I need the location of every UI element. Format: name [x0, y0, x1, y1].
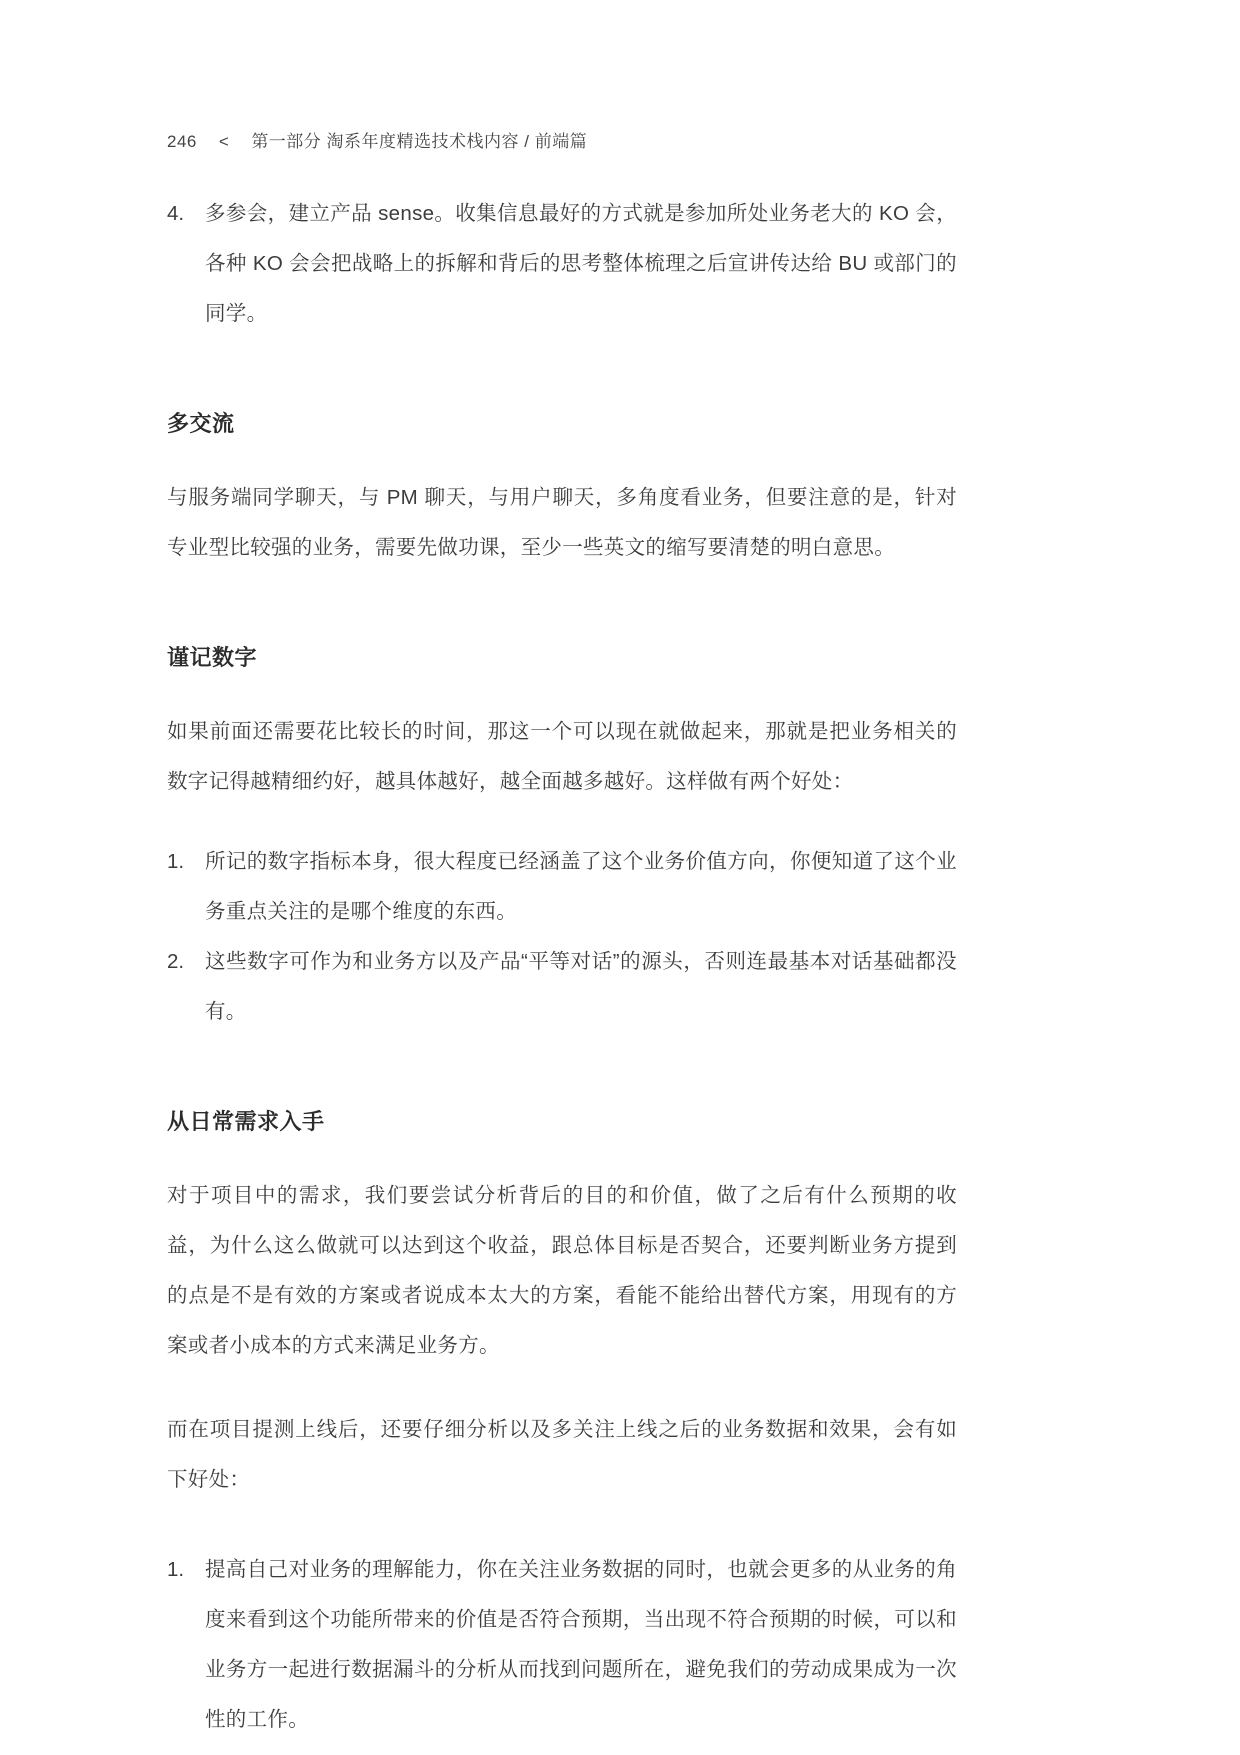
breadcrumb-separator: < [219, 132, 229, 151]
list-item: 4.多参会，建立产品 sense。收集信息最好的方式就是参加所处业务老大的 KO… [167, 189, 957, 339]
list-item-text: 多参会，建立产品 sense。收集信息最好的方式就是参加所处业务老大的 KO 会… [205, 202, 957, 325]
numbered-list: 1.提高自己对业务的理解能力，你在关注业务数据的同时，也就会更多的从业务的角度来… [167, 1545, 957, 1745]
list-item-number: 1. [167, 837, 197, 887]
paragraph-communicate: 与服务端同学聊天，与 PM 聊天，与用户聊天，多角度看业务，但要注意的是，针对专… [167, 473, 957, 573]
breadcrumb: 第一部分 淘系年度精选技术栈内容 / 前端篇 [251, 132, 587, 151]
list-item: 1.所记的数字指标本身，很大程度已经涵盖了这个业务价值方向，你便知道了这个业务重… [167, 837, 957, 937]
paragraph-numbers: 如果前面还需要花比较长的时间，那这一个可以现在就做起来，那就是把业务相关的数字记… [167, 707, 957, 807]
list-item-text: 所记的数字指标本身，很大程度已经涵盖了这个业务价值方向，你便知道了这个业务重点关… [205, 850, 957, 923]
section-heading-communicate: 多交流 [167, 409, 957, 439]
paragraph-daily-2: 而在项目提测上线后，还要仔细分析以及多关注上线之后的业务数据和效果，会有如下好处… [167, 1405, 957, 1505]
list-item-number: 2. [167, 937, 197, 987]
document-page: 246<第一部分 淘系年度精选技术栈内容 / 前端篇 4.多参会，建立产品 se… [0, 0, 1240, 1755]
list-item-number: 4. [167, 189, 197, 239]
list-item-text: 这些数字可作为和业务方以及产品“平等对话”的源头，否则连最基本对话基础都没有。 [205, 950, 957, 1023]
list-item-text: 提高自己对业务的理解能力，你在关注业务数据的同时，也就会更多的从业务的角度来看到… [205, 1558, 957, 1731]
section-heading-numbers: 谨记数字 [167, 643, 957, 673]
paragraph-daily-1: 对于项目中的需求，我们要尝试分析背后的目的和价值，做了之后有什么预期的收益，为什… [167, 1171, 957, 1371]
running-head: 246<第一部分 淘系年度精选技术栈内容 / 前端篇 [167, 130, 957, 154]
list-item: 1.提高自己对业务的理解能力，你在关注业务数据的同时，也就会更多的从业务的角度来… [167, 1545, 957, 1745]
list-item: 2.这些数字可作为和业务方以及产品“平等对话”的源头，否则连最基本对话基础都没有… [167, 937, 957, 1037]
list-item-number: 1. [167, 1545, 197, 1595]
page-number: 246 [167, 132, 197, 151]
numbered-list: 1.所记的数字指标本身，很大程度已经涵盖了这个业务价值方向，你便知道了这个业务重… [167, 837, 957, 1037]
section-heading-daily: 从日常需求入手 [167, 1107, 957, 1137]
